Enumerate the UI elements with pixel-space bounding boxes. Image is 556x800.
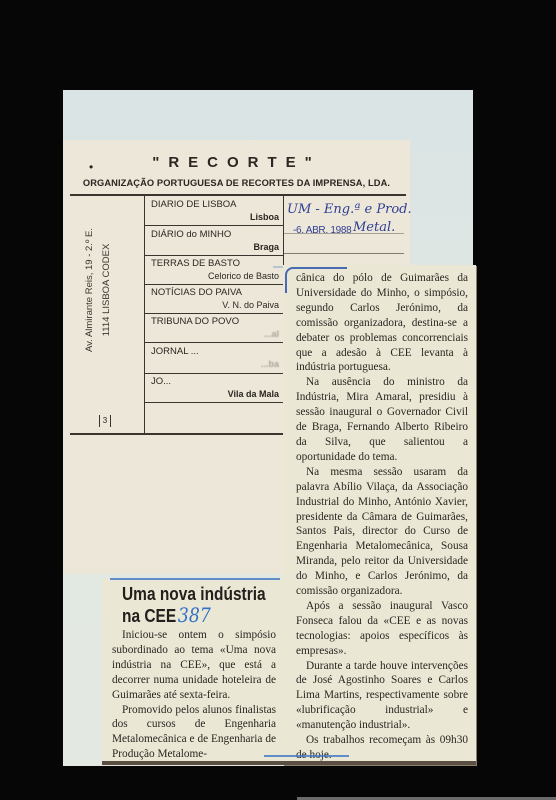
organization-name: ORGANIZAÇÃO PORTUGUESA DE RECORTES DA IM… — [63, 178, 410, 188]
newspaper-name: TRIBUNA DO POVO — [151, 316, 239, 327]
newspaper-name: DIARIO DE LISBOA — [151, 199, 237, 210]
date-stamp: UM - Eng.ª e Prod. -6. ABR. 1988 Metal. — [285, 200, 405, 260]
newspaper-name: TERRAS DE BASTO — [151, 258, 240, 269]
handwritten-metal: Metal. — [353, 220, 395, 235]
brand-title: "RECORTE" — [63, 154, 410, 171]
article-column-right: cânica do pólo de Guimarães da Universid… — [296, 271, 468, 763]
stamp-date: -6. ABR. 1988 — [293, 225, 351, 236]
headline-line-2: na CEE387 — [122, 605, 285, 627]
row-rule — [145, 402, 283, 403]
article-paragraph: Durante a tarde houve intervenções de Jo… — [296, 659, 468, 734]
newspaper-name: DIÁRIO do MINHO — [151, 229, 231, 240]
article-headline: Uma nova indústria na CEE387 — [122, 584, 285, 627]
article-paragraph: Iniciou-se ontem o simpósio subordinado … — [112, 628, 276, 703]
marker-stroke — [264, 755, 349, 757]
newspaper-row: TERRAS DE BASTO Celorico de Basto — [145, 255, 283, 284]
newspaper-name: NOTÍCIAS DO PAIVA — [151, 287, 242, 298]
article-clipping-left: Uma nova indústria na CEE387 Iniciou-se … — [102, 578, 283, 765]
newspaper-city: ...al — [264, 329, 279, 339]
newspaper-row: DIARIO DE LISBOA Lisboa — [145, 196, 283, 225]
newspaper-city: Vila da Mala — [228, 389, 279, 399]
article-clipping-right: cânica do pólo de Guimarães da Universid… — [283, 265, 476, 765]
article-paragraph: Após a sessão inaugural Vasco Fonseca fa… — [296, 599, 468, 659]
article-paragraph: Promovido pelos alunos finalistas dos cu… — [112, 703, 276, 763]
headline-line-2-text: na CEE — [122, 606, 176, 626]
newspaper-row: JO... Vila da Mala — [145, 373, 283, 402]
newspaper-row: TRIBUNA DO POVO ...al — [145, 313, 283, 342]
clipping-bottom-edge — [102, 761, 476, 765]
address-city: 1114 LISBOA CODEX — [98, 200, 115, 380]
newspaper-name: JO... — [151, 376, 171, 387]
newspaper-city: ...ba — [261, 359, 279, 369]
address-block: Av. Almirante Reis, 19 - 2.º E. 1114 LIS… — [81, 200, 115, 380]
newspaper-city: Celorico de Basto — [208, 271, 279, 281]
handwritten-number: 387 — [178, 603, 211, 627]
newspaper-row: JORNAL ... ...ba — [145, 343, 283, 372]
marker-stroke — [110, 578, 280, 580]
headline-line-1: Uma nova indústria — [122, 584, 285, 605]
article-column-left: Iniciou-se ontem o simpósio subordinado … — [112, 628, 276, 762]
newspaper-name: JORNAL ... — [151, 346, 199, 357]
newspaper-city: Lisboa — [250, 212, 279, 222]
box-number: 3 — [99, 415, 111, 427]
address-street: Av. Almirante Reis, 19 - 2.º E. — [81, 200, 98, 380]
article-paragraph: Os trabalhos recomeçam às 09h30 de hoje. — [296, 733, 468, 763]
newspaper-city: V. N. do Paiva — [222, 300, 279, 310]
handwritten-department: UM - Eng.ª e Prod. — [287, 202, 412, 217]
newspaper-row: DIÁRIO do MINHO Braga — [145, 226, 283, 255]
article-paragraph: Na ausência do ministro da Indústria, Mi… — [296, 375, 468, 464]
article-paragraph: cânica do pólo de Guimarães da Universid… — [296, 271, 468, 375]
newspaper-row: NOTÍCIAS DO PAIVA V. N. do Paiva — [145, 284, 283, 313]
article-paragraph: Na mesma sessão usaram da palavra Abílio… — [296, 465, 468, 599]
newspaper-city: Braga — [253, 242, 279, 252]
